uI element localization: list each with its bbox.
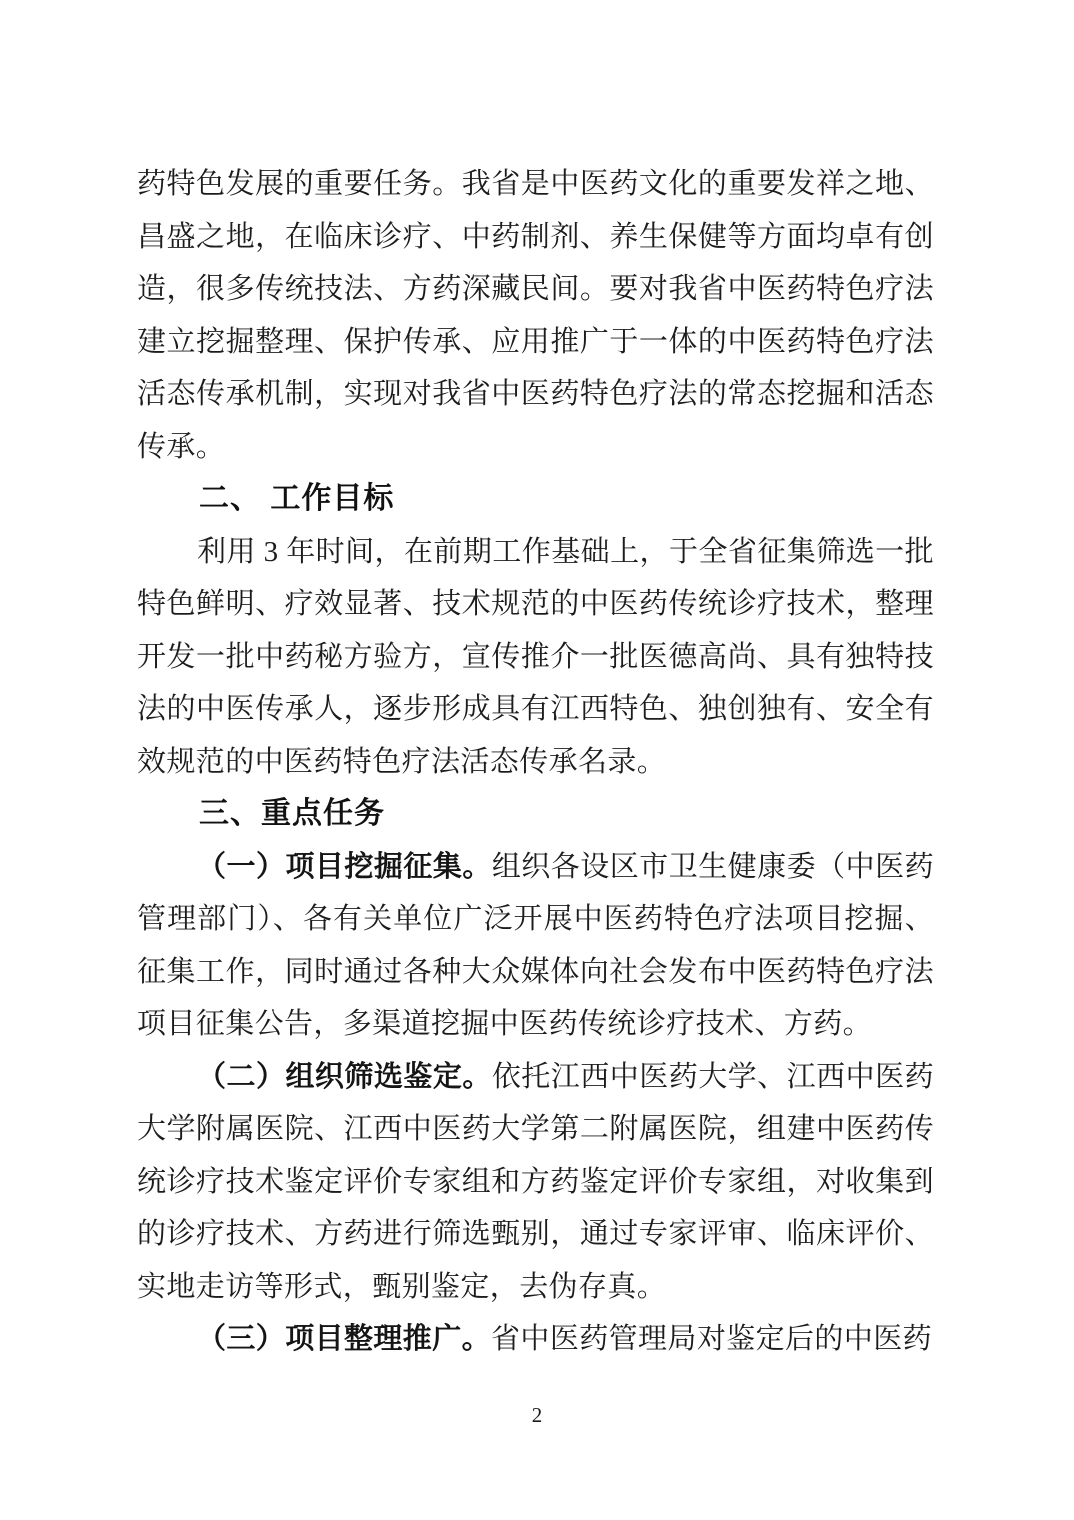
document-page: 药特色发展的重要任务。我省是中医药文化的重要发祥之地、昌盛之地，在临床诊疗、中药…: [0, 0, 1074, 1520]
section-heading-key-tasks: 三、重点任务: [137, 788, 934, 841]
item-2-body: 依托江西中医药大学、江西中医药大学附属医院、江西中医药大学第二附属医院，组建中医…: [137, 1061, 934, 1303]
item-3-body: 省中医药管理局对鉴定后的中医药: [491, 1323, 932, 1355]
item-3-lead: （三）项目整理推广。: [197, 1323, 491, 1355]
paragraph-item-2: （二）组织筛选鉴定。依托江西中医药大学、江西中医药大学附属医院、江西中医药大学第…: [137, 1051, 934, 1314]
section-heading-work-goals: 二、 工作目标: [137, 473, 934, 526]
page-number: 2: [0, 1400, 1074, 1430]
item-1-lead: （一）项目挖掘征集。: [197, 851, 492, 883]
document-body: 药特色发展的重要任务。我省是中医药文化的重要发祥之地、昌盛之地，在临床诊疗、中药…: [137, 158, 934, 1366]
paragraph-item-1: （一）项目挖掘征集。组织各设区市卫生健康委（中医药管理部门）、各有关单位广泛开展…: [137, 841, 934, 1051]
paragraph-item-3: （三）项目整理推广。省中医药管理局对鉴定后的中医药: [137, 1313, 934, 1366]
item-2-lead: （二）组织筛选鉴定。: [197, 1061, 492, 1093]
paragraph-intro-continuation: 药特色发展的重要任务。我省是中医药文化的重要发祥之地、昌盛之地，在临床诊疗、中药…: [137, 158, 934, 473]
paragraph-work-goals: 利用 3 年时间，在前期工作基础上，于全省征集筛选一批特色鲜明、疗效显著、技术规…: [137, 526, 934, 789]
